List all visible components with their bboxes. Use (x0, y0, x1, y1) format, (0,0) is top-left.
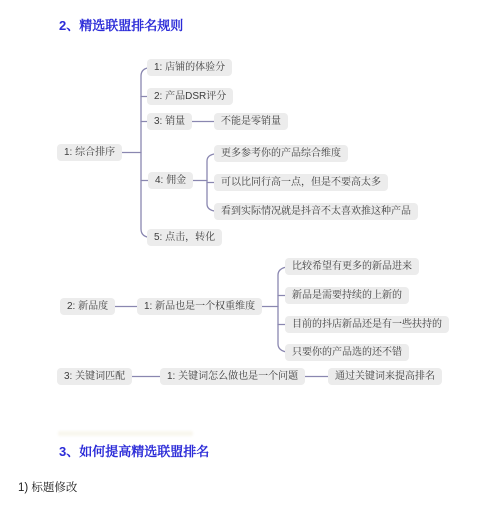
node-s1-child-dsr: 2: 产品DSR评分 (147, 88, 233, 105)
list-item-title-edit: 1) 标题修改 (18, 481, 77, 495)
node-s1-child-sales: 3: 销量 (147, 113, 192, 130)
node-s2-note-3: 目前的抖店新品还是有一些扶持的 (285, 316, 449, 333)
node-s1-child-clicks: 5: 点击，转化 (147, 229, 222, 246)
node-s2-note-4: 只要你的产品选的还不错 (285, 344, 409, 361)
node-s3-root: 3: 关键词匹配 (57, 368, 132, 385)
node-s2-root: 2: 新品度 (60, 298, 115, 315)
node-s2-note-2: 新品是需要持续的上新的 (285, 287, 409, 304)
document-page: 2、精选联盟排名规则 1: 综合排序 1: 店铺的体验分 2: 产品DSR评分 … (0, 0, 484, 517)
node-s1-sales-note: 不能是零销量 (214, 113, 288, 130)
node-s1-child-commission: 4: 佣金 (148, 172, 193, 189)
section-heading-rules: 2、精选联盟排名规则 (59, 18, 183, 34)
node-s1-child-experience: 1: 店铺的体验分 (147, 59, 232, 76)
section-heading-improve: 3、如何提高精选联盟排名 (59, 444, 209, 460)
node-s2-mid: 1: 新品也是一个权重维度 (137, 298, 262, 315)
node-s3-mid: 1: 关键词怎么做也是一个问题 (160, 368, 305, 385)
node-s1-commission-note-1: 更多参考你的产品综合维度 (214, 145, 348, 162)
node-s1-commission-note-3: 看到实际情况就是抖音不太喜欢推这种产品 (214, 203, 418, 220)
node-s1-root: 1: 综合排序 (57, 144, 122, 161)
node-s1-commission-note-2: 可以比同行高一点，但是不要高太多 (214, 174, 388, 191)
node-s3-tail: 通过关键词来提高排名 (328, 368, 442, 385)
node-s2-note-1: 比较希望有更多的新品进来 (285, 258, 419, 275)
